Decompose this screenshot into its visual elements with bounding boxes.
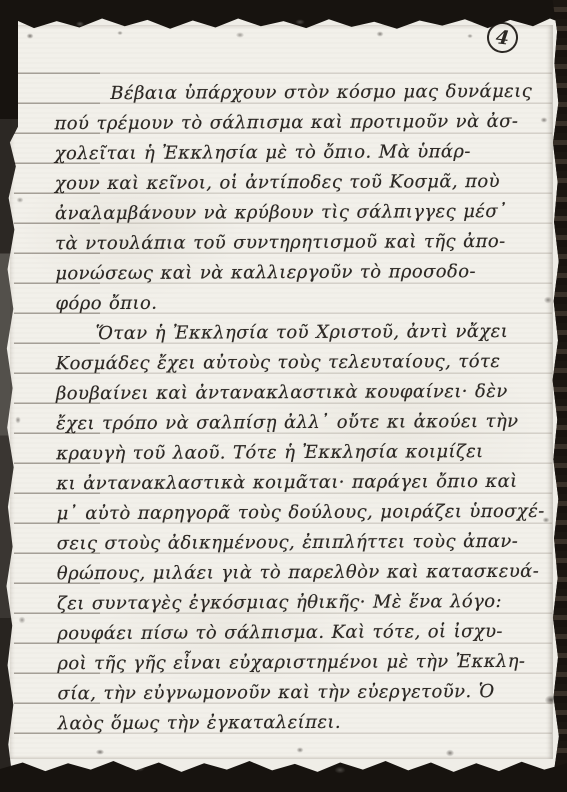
- manuscript-line: θρώπους, μιλάει γιὰ τὸ παρελθὸν καὶ κατα…: [57, 557, 553, 590]
- manuscript-line: χουν καὶ κεῖνοι, οἱ ἀντίποδες τοῦ Κοσμᾶ,…: [55, 167, 551, 200]
- manuscript-line: Ὅταν ἡ Ἐκκλησία τοῦ Χριστοῦ, ἀντὶ νἄχει: [56, 317, 552, 350]
- manuscript-line: Βέβαια ὑπάρχουν στὸν κόσμο μας δυνάμεις: [54, 77, 550, 110]
- page-number: 4: [495, 26, 511, 49]
- manuscript-line: τὰ ντουλάπια τοῦ συντηρητισμοῦ καὶ τῆς ἀ…: [55, 227, 551, 260]
- manuscript-line: λαὸς ὅμως τὴν ἐγκαταλείπει.: [58, 707, 554, 740]
- manuscript-line: ζει συνταγὲς ἐγκόσμιας ἠθικῆς· Μὲ ἕνα λό…: [57, 587, 553, 620]
- manuscript-line: φόρο ὄπιο.: [55, 287, 551, 320]
- manuscript-line: μονώσεως καὶ νὰ καλλιεργοῦν τὸ προσοδο-: [55, 257, 551, 290]
- manuscript-line: βουβαίνει καὶ ἀντανακλαστικὰ κουφαίνει· …: [56, 377, 552, 410]
- manuscript-text: Βέβαια ὑπάρχουν στὸν κόσμο μας δυνάμεις …: [54, 77, 553, 740]
- manuscript-line: ροὶ τῆς γῆς εἶναι εὐχαριστημένοι μὲ τὴν …: [57, 647, 553, 680]
- manuscript-line: μ᾽ αὐτὸ παρηγορᾶ τοὺς δούλους, μοιράζει …: [56, 497, 552, 530]
- manuscript-line: ρουφάει πίσω τὸ σάλπισμα. Καὶ τότε, οἱ ἰ…: [57, 617, 553, 650]
- scan-edge-bottom: [0, 756, 567, 792]
- manuscript-line: κραυγὴ τοῦ λαοῦ. Τότε ἡ Ἐκκλησία κοιμίζε…: [56, 437, 552, 470]
- manuscript-line: χολεῖται ἡ Ἐκκλησία μὲ τὸ ὄπιο. Μὰ ὑπάρ-: [55, 137, 551, 170]
- manuscript-line: ἀναλαμβάνουν νὰ κρύβουν τὶς σάλπιγγες μέ…: [55, 197, 551, 230]
- manuscript-line: πού τρέμουν τὸ σάλπισμα καὶ προτιμοῦν νὰ…: [54, 107, 550, 140]
- manuscript-line: ἔχει τρόπο νὰ σαλπίσῃ ἀλλ᾽ οὔτε κι ἀκούε…: [56, 407, 552, 440]
- manuscript-line: κι ἀντανακλαστικὰ κοιμᾶται· παράγει ὄπιο…: [56, 467, 552, 500]
- manuscript-line: σεις στοὺς ἀδικημένους, ἐπιπλήττει τοὺς …: [57, 527, 553, 560]
- manuscript-line: Κοσμάδες ἔχει αὐτοὺς τοὺς τελευταίους, τ…: [56, 347, 552, 380]
- manuscript-line: σία, τὴν εὐγνωμονοῦν καὶ τὴν εὐεργετοῦν.…: [57, 677, 553, 710]
- scanned-page: 4 Βέβαια ὑπάρχουν στὸν κόσμο μας δυνάμει…: [0, 0, 567, 792]
